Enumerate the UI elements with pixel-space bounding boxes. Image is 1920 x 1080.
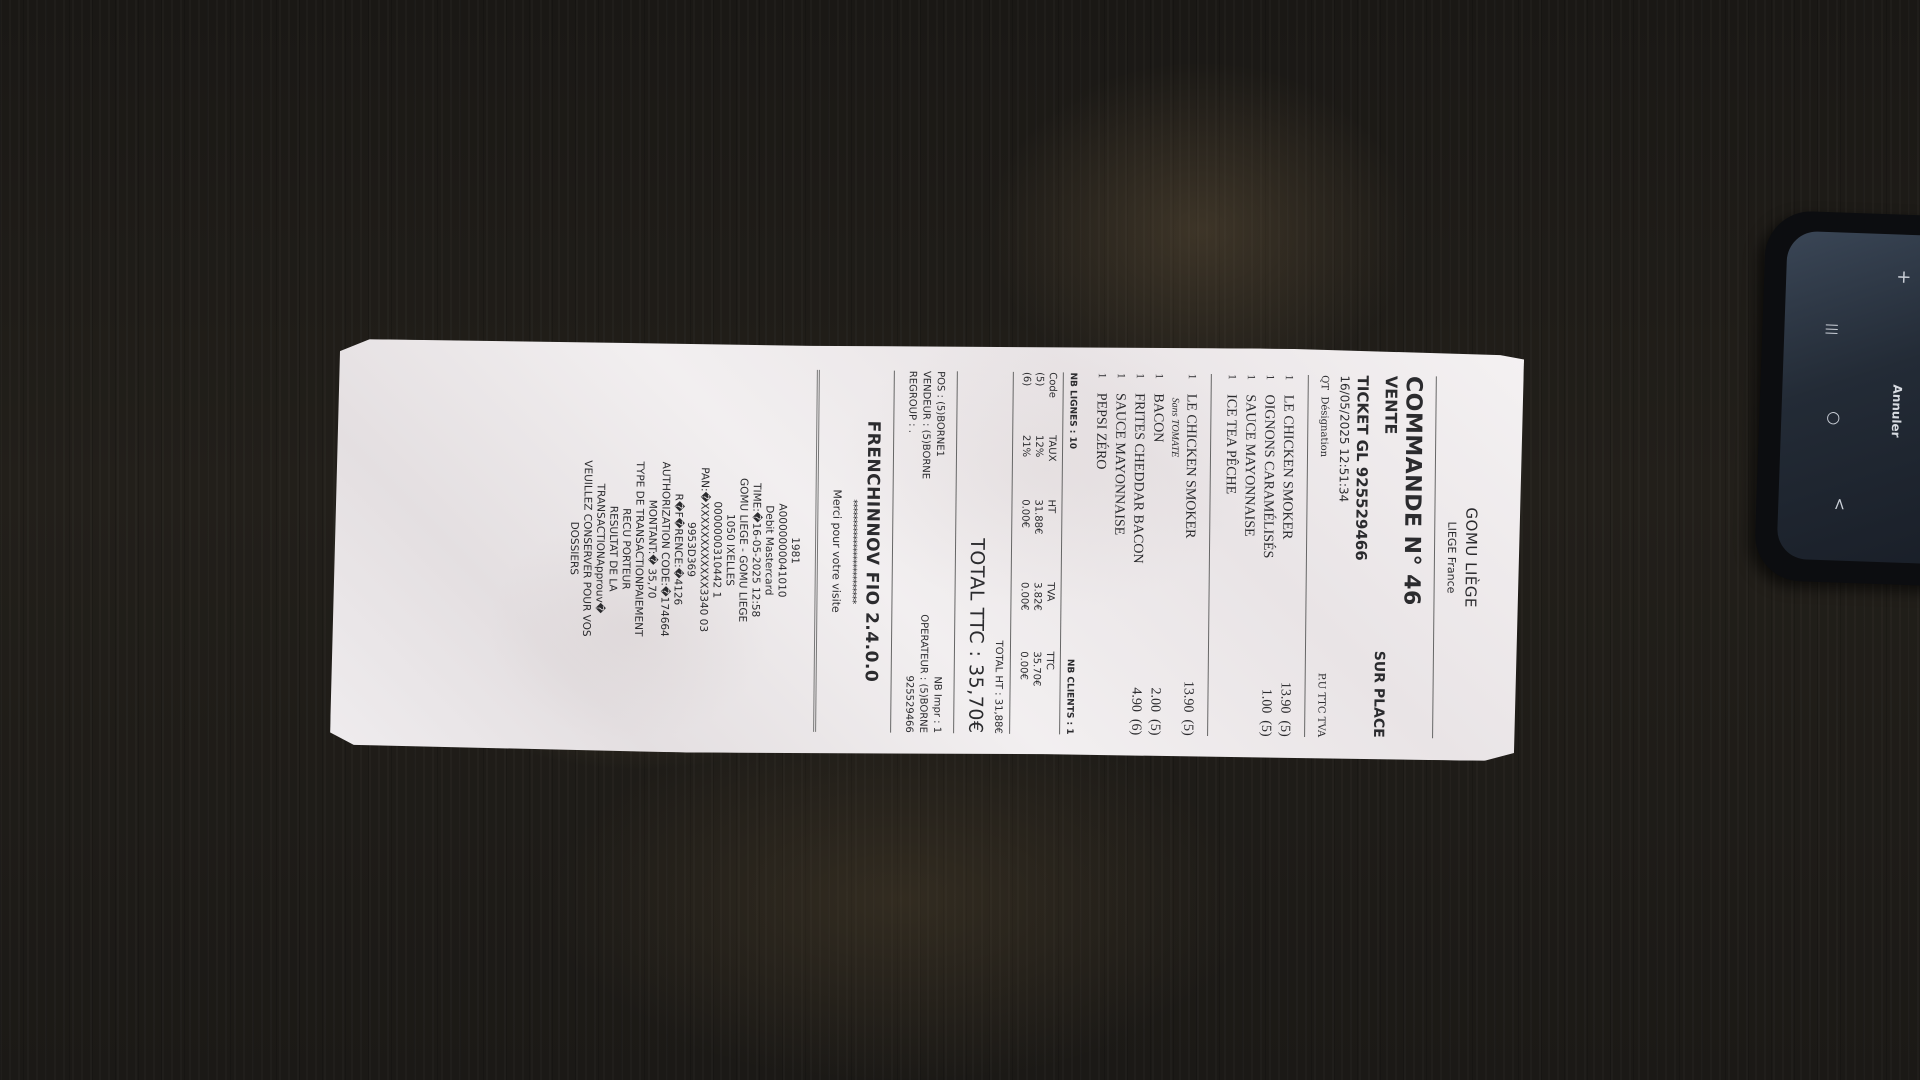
order-datetime: 16/05/2025 12:51:34 bbox=[1334, 375, 1352, 737]
nb-clients: NB CLIENTS : 1 bbox=[1064, 659, 1075, 735]
plus-icon: + bbox=[1896, 266, 1912, 288]
price-header: P.U TTC TVA bbox=[1315, 673, 1327, 737]
card-payment-slip: 1981 A0000000041010 Debit Mastercard TIM… bbox=[565, 367, 803, 731]
divider bbox=[1304, 375, 1309, 737]
nb-lines: NB LIGNES : 10 bbox=[1067, 372, 1078, 449]
total-ht: TOTAL HT : 31,88€ bbox=[992, 372, 1007, 734]
divider bbox=[1207, 374, 1212, 736]
receipt: GOMU LIÈGE LIEGE France COMMANDE N° 46 V… bbox=[330, 339, 1524, 761]
line-item: 1LE CHICKEN SMOKER13.90 (5) bbox=[1178, 374, 1201, 736]
line-item: 1BACON2.00 (5) bbox=[1145, 373, 1168, 735]
divider bbox=[1009, 372, 1014, 734]
items-group-2: 1LE CHICKEN SMOKER13.90 (5) Sans TOMATE … bbox=[1088, 373, 1201, 736]
shop-city: LIEGE France bbox=[1443, 376, 1460, 738]
recents-nav-icon: ||| bbox=[1825, 323, 1839, 336]
pos-terminal: POS : (5)BORNE1 bbox=[932, 371, 947, 457]
phone-cancel-button: Annuler bbox=[1889, 384, 1905, 438]
stars-separator: ************************** bbox=[845, 370, 860, 732]
reference-number: 925529466 bbox=[901, 675, 916, 732]
vat-table: CodeTAUXHTTVATTC (5)12%31.88€3.82€35.70€… bbox=[1016, 372, 1059, 734]
total-ttc: TOTAL TTC : 35,70€ bbox=[964, 371, 990, 733]
line-item: 1FRITES CHEDDAR BACON4.90 (6) bbox=[1126, 373, 1149, 735]
seller: VENDEUR : (5)BORNE bbox=[918, 371, 933, 479]
divider bbox=[1059, 372, 1064, 734]
divider bbox=[890, 371, 895, 733]
thanks-message: Merci pour votre visite bbox=[828, 370, 845, 732]
ticket-number: TICKET GL 925529466 bbox=[1350, 375, 1372, 737]
divider bbox=[1432, 376, 1437, 738]
nb-prints: NB Impr : 1 bbox=[929, 676, 944, 733]
counts-row: NB LIGNES : 10 NB CLIENTS : 1 bbox=[1064, 372, 1078, 734]
smartphone: + Ajouter un rés Annuler ||| ○ < bbox=[1754, 210, 1920, 590]
items-group-1: 1LE CHICKEN SMOKER13.90 (5) 1OIGNONS CAR… bbox=[1218, 374, 1298, 737]
items-header: QT Désignation P.U TTC TVA bbox=[1315, 375, 1330, 737]
line-item: 1ICE TEA PÊCHE bbox=[1218, 374, 1241, 736]
operator: OPERATEUR : (5)BORNE bbox=[915, 614, 930, 733]
line-item: 1SAUCE MAYONNAISE bbox=[1107, 373, 1130, 735]
back-nav-icon: < bbox=[1830, 497, 1849, 511]
order-header: COMMANDE N° 46 VENTE SUR PLACE bbox=[1370, 376, 1426, 739]
qty-designation-header: QT Désignation bbox=[1318, 375, 1330, 457]
home-nav-icon: ○ bbox=[1826, 407, 1841, 426]
sale-type: VENTE bbox=[1379, 376, 1400, 606]
shop-name: GOMU LIÈGE bbox=[1460, 377, 1482, 739]
divider bbox=[953, 371, 958, 733]
line-item: 1LE CHICKEN SMOKER13.90 (5) bbox=[1275, 375, 1298, 737]
service-mode: SUR PLACE bbox=[1370, 651, 1387, 738]
phone-screen: + Ajouter un rés Annuler ||| ○ < bbox=[1776, 231, 1920, 569]
divider bbox=[813, 370, 820, 732]
line-item: 1SAUCE MAYONNAISE bbox=[1237, 374, 1260, 736]
line-item: 1PEPSI ZÉRO bbox=[1088, 373, 1111, 735]
regroup: REGROUP : . bbox=[904, 371, 919, 433]
order-number: COMMANDE N° 46 bbox=[1398, 376, 1425, 606]
pos-info: POS : (5)BORNE1NB Impr : 1 VENDEUR : (5)… bbox=[901, 371, 947, 733]
software-version: FRENCHINNOV FIO 2.4.0.0 bbox=[860, 370, 884, 732]
